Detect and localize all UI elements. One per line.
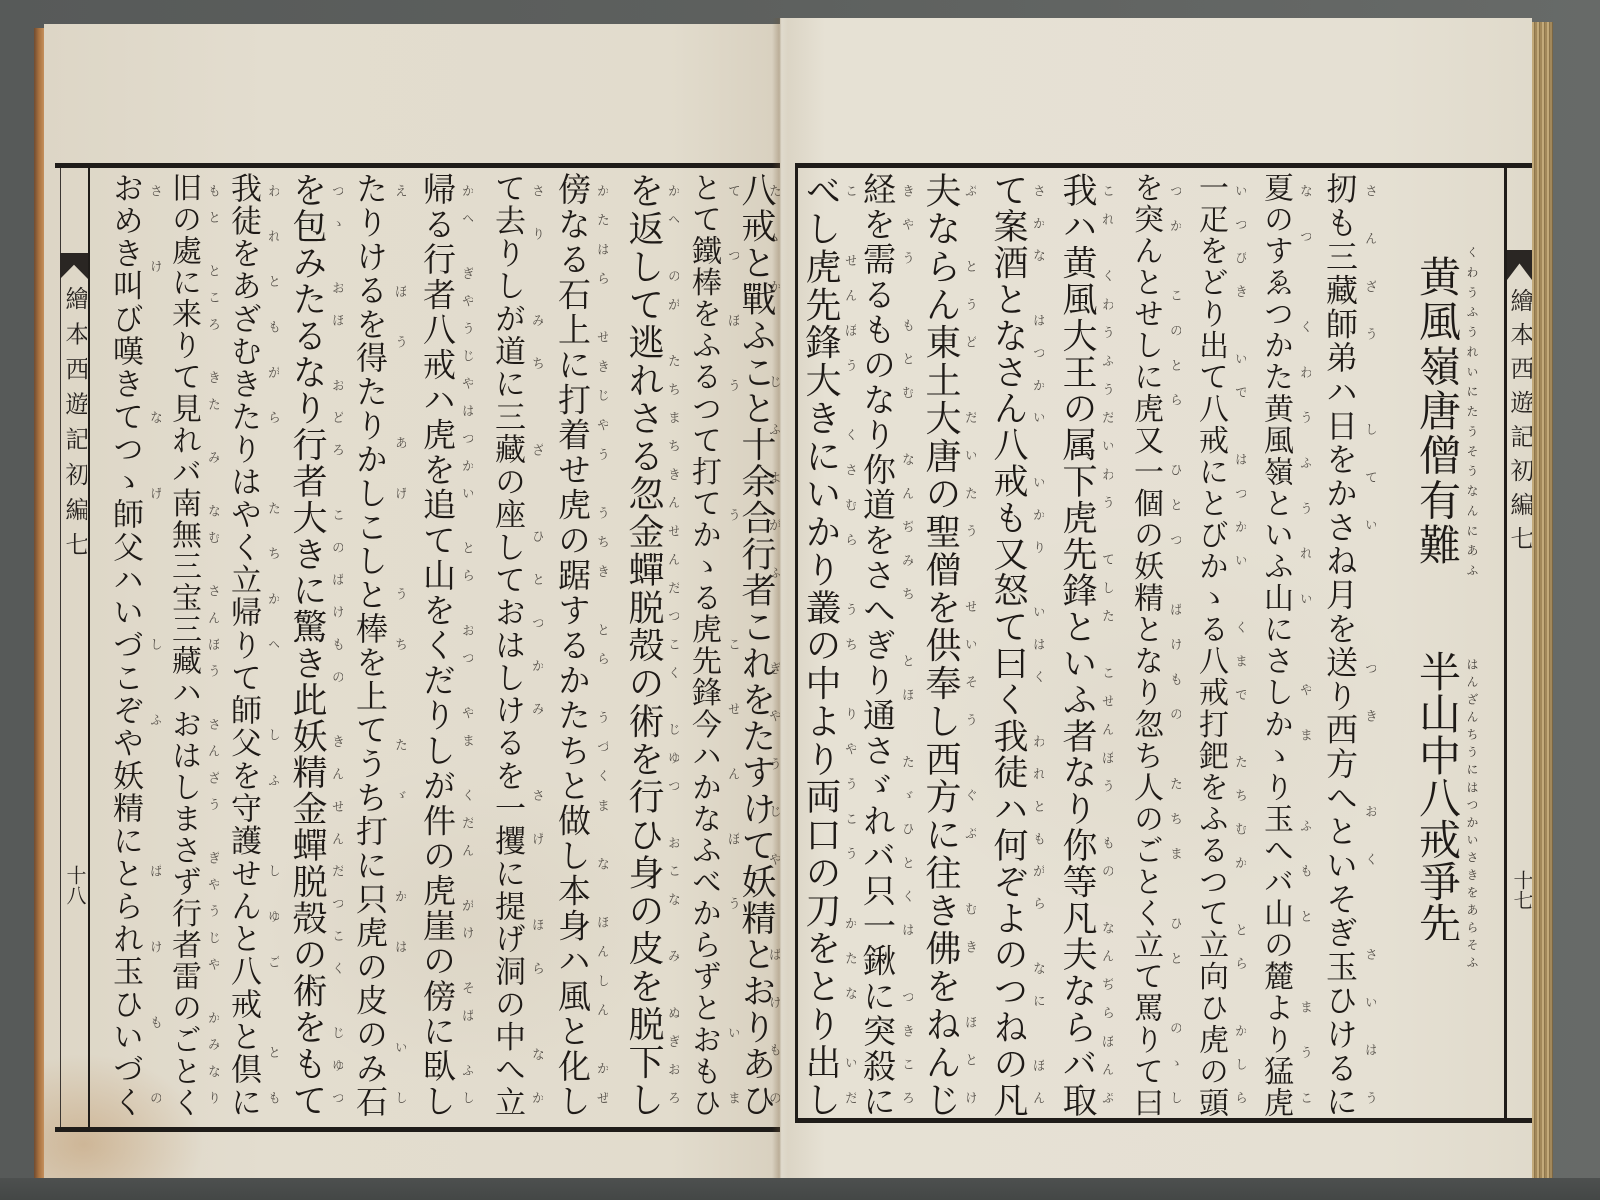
furigana: なつ くわうふうれい やま ふもと まうこ	[1297, 184, 1311, 1104]
text-column: 我ハ黄風大王の属下虎先鋒といふ者なり你等凡夫ならバ取	[1055, 172, 1099, 1117]
book-spread-photo: 繪本西遊記初編七 十八 八戒と戰ふこと十余合行者これをたすけて妖精とおりあひ と…	[0, 0, 1600, 1200]
text-column: を突んとせしに虎又一個の妖精となり忽ち人のごとく立て罵りて曰	[1123, 172, 1167, 1117]
fishtail-mark-icon	[1507, 250, 1532, 280]
text-column: たりけるを得たりかしこしと棒を上てうち打に只虎の皮のみ石	[348, 172, 392, 1117]
text-column: べし虎先鋒大きにいかり叢の中より両口の刀をとり出し	[798, 172, 842, 1117]
text-column: 我徒をあざむきたりはやく立帰りて師父を守護せんと八戒と倶に	[221, 172, 265, 1117]
furigana: かへ ぎやうじやはつかい とら おつ やま くだん がけ そば ふし	[459, 184, 473, 1104]
furigana: われともがら たちかへ しふ しゆご とも	[265, 184, 279, 1104]
furigana: さかな はつかい いかり いはく われともがら なに ぼん	[1030, 184, 1044, 1104]
furigana: さり みち ざ ひとつかみ さげ ほら なか	[529, 184, 543, 1104]
left-page: 繪本西遊記初編七 十八 八戒と戰ふこと十余合行者これをたすけて妖精とおりあひ と…	[44, 24, 780, 1182]
text-column: 傍なる石上に打着せ虎の踞するかたちと做し本身ハ風と化し	[550, 172, 594, 1117]
chapter-title-line1-furigana: くわうふうれいにたうそうなんにあふ	[1465, 246, 1479, 576]
text-column: 扨も三藏師弟ハ日をかさね月を送り西方へといそぎ玉ひけるに	[1318, 172, 1362, 1117]
furigana: つか このとら ひとつ ばけもの たちま ひと のゝし	[1167, 184, 1181, 1104]
text-column: て案酒となさん八戒も又怒て曰く我徒ハ何ぞよのつねの凡	[986, 172, 1030, 1117]
fishtail-mark-icon	[60, 253, 88, 279]
page-number: 十七	[1510, 865, 1532, 915]
furigana: こ せんぽう くさむら うち りやうこう かたな いだ	[842, 184, 856, 1104]
text-column: 旧の處に来りて見れバ南無三宝三藏ハおはしまさず行者雷のごとく	[161, 172, 205, 1117]
furigana: いつぴき いで はつかい くまで たちむか とら かしら	[1232, 184, 1246, 1104]
furigana: え ぼう あげ うち たゞ かは いし	[392, 184, 406, 1104]
furigana: かへ のが たちまちきんせんだつこく じゆつ おこな み ぬぎおろ	[665, 184, 679, 1104]
furigana: つゝ おほ おどろ このばけもの きんせんだつこく じゆつ	[329, 184, 343, 1104]
text-column: 経を需るものなり你道をさへぎり通さゞれバ只一鍬に突殺に	[855, 172, 899, 1117]
margin-top-rule	[1507, 163, 1532, 168]
text-column: を包みたるなり行者大きに驚き此妖精金蟬脱殻の術をもて	[285, 172, 329, 1117]
margin-title: 繪本西遊記初編七	[1508, 288, 1532, 550]
margin-bottom-rule	[55, 1127, 89, 1132]
margin-column-rule	[60, 163, 61, 1132]
furigana: ぶ とうど だいたう せいそう ぐぶ むき ほとけ	[962, 184, 976, 1104]
margin-top-rule	[55, 163, 89, 168]
furigana: これ くわうふうだいわう てした こせんぽう もの なんぢらぼんぷ	[1099, 184, 1113, 1104]
furigana: きやう もとむ なんぢみち とほ たゞひとくは つきころ	[899, 184, 913, 1104]
text-column: 帰る行者八戒ハ虎を追て山をくだりしが件の虎崖の傍に臥し	[415, 172, 459, 1117]
text-column: おめき叫び嘆きてつゝ師父ハいづこぞや妖精にとられ玉ひいづく	[103, 172, 147, 1117]
furigana: さんざう してい つき おく さいはう	[1362, 184, 1376, 1104]
right-page-edge	[1530, 22, 1553, 1180]
chapter-title-line2-furigana: はんざんちうにはつかいさきをあらそふ	[1465, 658, 1479, 968]
text-column: 一疋をどり出て八戒にとびかゝる八戒打鈀をふるつて立向ひ虎の頭	[1188, 172, 1232, 1117]
chapter-title-line1: 黄風嶺唐僧有難	[1413, 255, 1461, 565]
margin-title: 繪本西遊記初編七	[63, 286, 87, 556]
text-column: 夏のすゑつかた黄風嶺といふ山にさしかゝり玉へバ山の麓より猛虎	[1253, 172, 1297, 1117]
text-column: 夫ならん東土大唐の聖僧を供奉し西方に往き佛をねんじ	[918, 172, 962, 1117]
furigana: てつぼう う こせんぽう いま	[725, 184, 739, 1104]
text-column: を返して逃れさる忽金蟬脱殻の術を行ひ身の皮を脱下し	[621, 172, 665, 1117]
furigana: さけ なげ しふ ばけもの	[147, 184, 161, 1104]
margin-bottom-rule	[1507, 1118, 1532, 1123]
text-column: とて鐵棒をふるつて打てかゝる虎先鋒今ハかなふべからずとおもひ	[681, 172, 725, 1117]
furigana: もと ところ きた み なむ さんぼう さんざう ぎやうじや かみなり	[205, 184, 219, 1104]
text-column: て去りしが道に三藏の座しておはしけるを一攫に提げ洞の中へ立	[485, 172, 529, 1117]
page-number: 十八	[63, 860, 87, 910]
furigana: かたはら せきじやう うちき とら うづくま な ほんしん かぜ	[594, 184, 608, 1104]
chapter-title-line2: 半山中八戒爭先	[1413, 650, 1461, 940]
book-spine-gutter	[772, 18, 788, 1182]
right-page: 繪本西遊記初編七 十七 黄風嶺唐僧有難 くわうふうれいにたうそうなんにあふ 半山…	[780, 18, 1532, 1180]
